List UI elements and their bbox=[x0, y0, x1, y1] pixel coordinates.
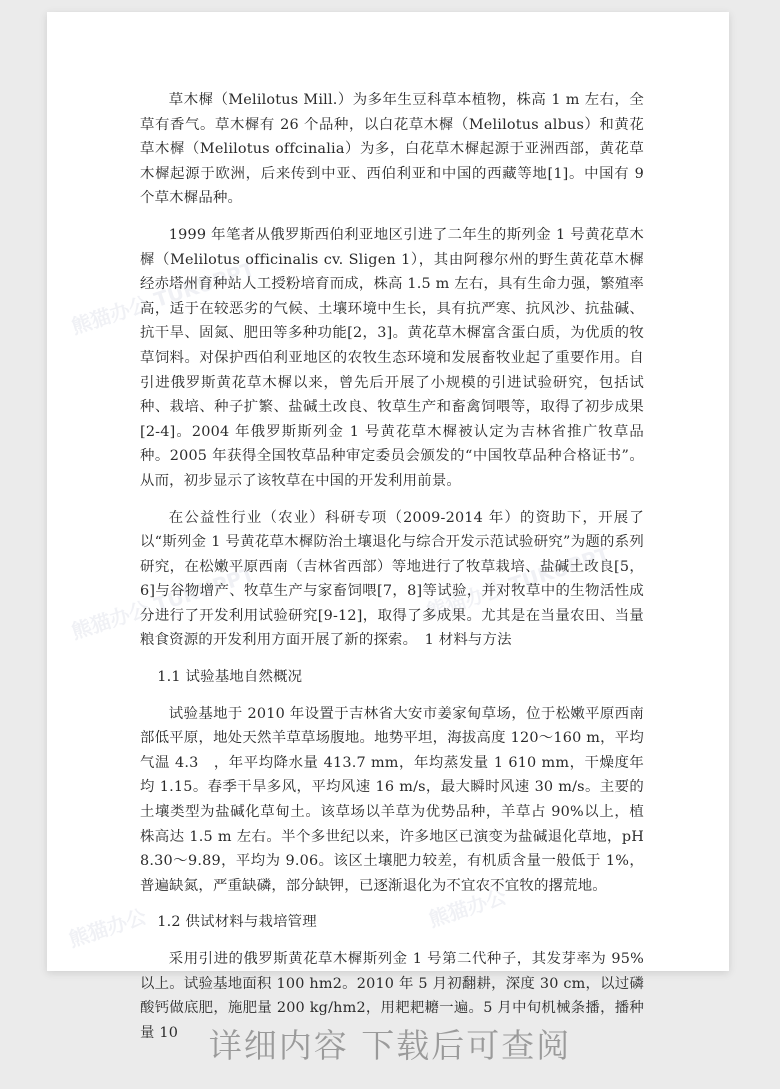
document-body: 草木樨（Melilotus Mill.）为多年生豆科草本植物，株高 1 m 左右… bbox=[140, 88, 644, 1057]
paragraph-intro: 草木樨（Melilotus Mill.）为多年生豆科草本植物，株高 1 m 左右… bbox=[140, 88, 644, 211]
section-heading-1-1: 1.1 试验基地自然概况 bbox=[140, 665, 644, 690]
section-heading-1-2: 1.2 供试材料与栽培管理 bbox=[140, 910, 644, 935]
watermark: 熊猫办公 bbox=[64, 900, 149, 952]
paragraph-introduction-history: 1999 年笔者从俄罗斯西伯利亚地区引进了二年生的斯列金 1 号黄花草木樨（Me… bbox=[140, 223, 644, 494]
download-note: 详细内容 下载后可查阅 bbox=[0, 1020, 780, 1067]
paragraph-research-funding: 在公益性行业（农业）科研专项（2009-2014 年）的资助下，开展了以“斯列金… bbox=[140, 506, 644, 654]
document-page: 熊猫办公 TUKUPPT 熊猫办公 TUKUPPT 熊猫办公 熊猫办公 TUKU… bbox=[47, 12, 729, 971]
paragraph-site-conditions: 试验基地于 2010 年设置于吉林省大安市姜家甸草场，位于松嫩平原西南部低平原，… bbox=[140, 702, 644, 899]
